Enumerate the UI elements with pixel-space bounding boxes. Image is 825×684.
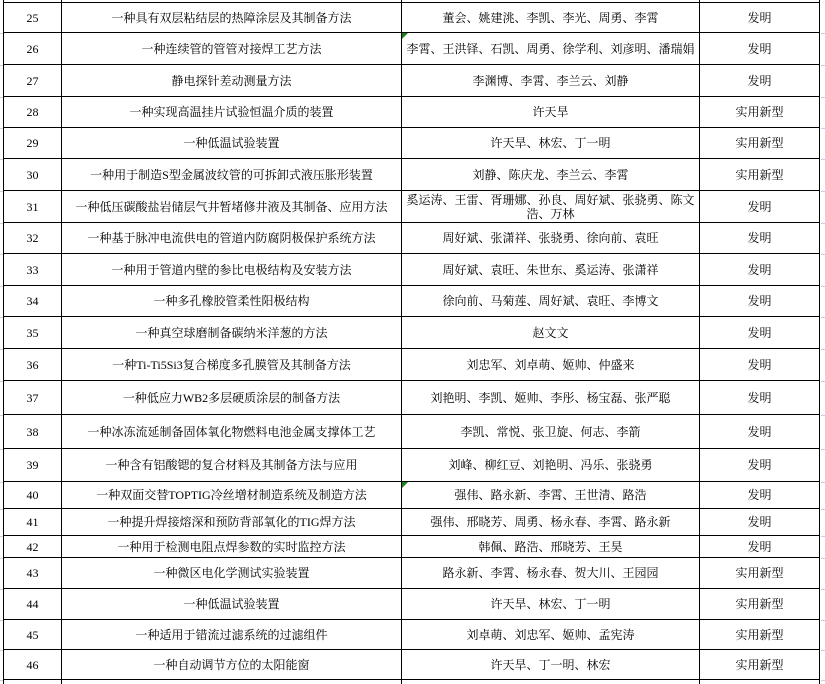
grid-line — [821, 97, 825, 98]
type-cell[interactable]: 发明 — [700, 536, 820, 557]
inventor-names: 强伟、邢晓芳、周勇、杨永春、李霄、路永新 — [429, 515, 671, 529]
table-row: 33 一种用于管道内壁的参比电极结构及安装方法 周好斌、袁旺、朱世东、奚运涛、张… — [3, 254, 820, 286]
title-cell[interactable]: 一种双面交替TOPTIG冷丝增材制造系统及制造方法 — [62, 482, 402, 508]
title-cell[interactable]: 一种低应力WB2多层硬质涂层的制备方法 — [62, 381, 402, 414]
row-number: 27 — [26, 74, 40, 88]
grid-line — [821, 223, 825, 224]
inventor-names: 徐向前、马菊莲、周好斌、袁旺、李博文 — [441, 294, 659, 308]
inventors-cell[interactable]: 许天旱 — [402, 97, 700, 127]
title-cell[interactable]: 静电探针差动测量方法 — [62, 65, 402, 96]
type-cell[interactable]: 发明 — [700, 415, 820, 448]
patent-type: 发明 — [746, 74, 772, 88]
inventors-cell[interactable]: 赵文文 — [402, 317, 700, 348]
type-cell[interactable]: 发明 — [700, 509, 820, 535]
grid-line — [821, 191, 825, 192]
row-number: 41 — [26, 515, 40, 529]
patent-type: 实用新型 — [734, 136, 784, 150]
grid-line — [821, 589, 825, 590]
patent-type: 实用新型 — [734, 168, 784, 182]
inventors-cell[interactable]: 强伟、邢晓芳、周勇、杨永春、李霄、路永新 — [402, 509, 700, 535]
grid-line — [821, 558, 825, 559]
type-cell[interactable]: 发明 — [700, 482, 820, 508]
row-number-cell[interactable]: 41 — [3, 509, 62, 535]
patent-title: 一种适用于错流过滤系统的过滤组件 — [134, 628, 328, 642]
patent-type: 实用新型 — [734, 597, 784, 611]
title-cell[interactable]: 一种具有双层粘结层的热障涂层及其制备方法 — [62, 3, 402, 32]
inventor-names: 刘艳明、李凯、姬帅、李彤、杨宝磊、张严聪 — [429, 391, 671, 405]
row-number: 37 — [26, 391, 40, 405]
patent-title: 一种冰冻流延制备固体氧化物燃料电池金属支撑体工艺 — [86, 425, 376, 439]
title-cell[interactable]: 一种Ti-Ti5Si3复合梯度多孔膜管及其制备方法 — [62, 349, 402, 380]
grid-line — [821, 482, 825, 483]
spreadsheet-view: 25 一种具有双层粘结层的热障涂层及其制备方法 董会、姚建洮、李凯、李光、周勇、… — [0, 0, 825, 684]
patent-type: 发明 — [746, 11, 772, 25]
inventors-cell[interactable]: 刘峰、柳红豆、刘艳明、冯乐、张骁勇 — [402, 449, 700, 481]
table-row: 32 一种基于脉冲电流供电的管道内防腐阴极保护系统方法 周好斌、张潇祥、张骁勇、… — [3, 223, 820, 254]
grid-line — [821, 317, 825, 318]
type-cell[interactable]: 实用新型 — [700, 159, 820, 190]
table-row: 46 一种自动调节方位的太阳能窗 许天旱、丁一明、林宏 实用新型 — [3, 650, 820, 680]
patent-type: 发明 — [746, 294, 772, 308]
grid-line — [821, 415, 825, 416]
inventor-names: 董会、姚建洮、李凯、李光、周勇、李霄 — [441, 11, 659, 25]
row-number-cell[interactable]: 38 — [3, 415, 62, 448]
inventor-names: 韩佩、路浩、邢晓芳、王昊 — [477, 540, 623, 554]
inventor-names: 李霄、王洪铎、石凯、周勇、徐学利、刘彦明、潘瑞娟 — [405, 42, 695, 56]
inventors-cell[interactable]: 周好斌、袁旺、朱世东、奚运涛、张潇祥 — [402, 254, 700, 285]
type-cell[interactable]: 实用新型 — [700, 650, 820, 679]
row-number: 26 — [26, 42, 40, 56]
type-cell[interactable]: 实用新型 — [700, 128, 820, 158]
inventors-cell[interactable]: 徐向前、马菊莲、周好斌、袁旺、李博文 — [402, 286, 700, 316]
grid-line — [821, 286, 825, 287]
inventors-cell[interactable]: 李霄、王洪铎、石凯、周勇、徐学利、刘彦明、潘瑞娟 — [402, 33, 700, 64]
patent-title: 一种低应力WB2多层硬质涂层的制备方法 — [122, 391, 341, 405]
grid-line — [821, 620, 825, 621]
grid-line — [821, 349, 825, 350]
right-grid-gutter — [821, 0, 825, 684]
inventor-names: 刘静、陈庆龙、李兰云、李霄 — [471, 168, 629, 182]
table-row: 34 一种多孔橡胶管柔性阳极结构 徐向前、马菊莲、周好斌、袁旺、李博文 发明 — [3, 286, 820, 317]
type-cell[interactable]: 发明 — [700, 449, 820, 481]
patent-title: 一种用于管道内壁的参比电极结构及安装方法 — [110, 263, 352, 277]
inventor-names: 刘卓萌、刘忠军、姬帅、孟宪涛 — [465, 628, 635, 642]
patent-type: 发明 — [746, 263, 772, 277]
inventors-cell[interactable]: 刘卓萌、刘忠军、姬帅、孟宪涛 — [402, 620, 700, 649]
type-cell[interactable]: 实用新型 — [700, 589, 820, 619]
patent-type: 发明 — [746, 425, 772, 439]
row-number: 34 — [26, 294, 40, 308]
inventors-cell[interactable]: 李渊博、李霄、李兰云、刘静 — [402, 65, 700, 96]
grid-line — [821, 680, 825, 681]
row-number: 28 — [26, 105, 40, 119]
row-number-cell[interactable]: 25 — [3, 3, 62, 32]
inventors-cell[interactable]: 刘静、陈庆龙、李兰云、李霄 — [402, 159, 700, 190]
type-cell[interactable]: 发明 — [700, 223, 820, 253]
row-number: 33 — [26, 263, 40, 277]
title-cell[interactable]: 一种多孔橡胶管柔性阳极结构 — [62, 286, 402, 316]
table-row: 26 一种连续管的管管对接焊工艺方法 李霄、王洪铎、石凯、周勇、徐学利、刘彦明、… — [3, 33, 820, 65]
patent-title: 一种用于制造S型金属波纹管的可拆卸式液压胀形装置 — [89, 168, 374, 182]
inventors-cell[interactable]: 刘忠军、刘卓萌、姬帅、仲盛来 — [402, 349, 700, 380]
row-number-cell — [3, 680, 62, 684]
row-number-cell[interactable]: 45 — [3, 620, 62, 649]
patent-title: 一种真空球磨制备碳纳米洋葱的方法 — [134, 326, 328, 340]
type-cell[interactable]: 发明 — [700, 33, 820, 64]
row-number-cell[interactable]: 30 — [3, 159, 62, 190]
type-cell[interactable]: 发明 — [700, 349, 820, 380]
title-cell[interactable]: 一种用于管道内壁的参比电极结构及安装方法 — [62, 254, 402, 285]
row-number-cell[interactable]: 33 — [3, 254, 62, 285]
patent-type: 发明 — [746, 200, 772, 214]
title-cell[interactable]: 一种适用于错流过滤系统的过滤组件 — [62, 620, 402, 649]
inventor-names: 赵文文 — [531, 326, 569, 340]
inventor-names: 刘峰、柳红豆、刘艳明、冯乐、张骁勇 — [447, 458, 653, 472]
table-row: 27 静电探针差动测量方法 李渊博、李霄、李兰云、刘静 发明 — [3, 65, 820, 97]
table-row: 37 一种低应力WB2多层硬质涂层的制备方法 刘艳明、李凯、姬帅、李彤、杨宝磊、… — [3, 381, 820, 415]
row-number-cell[interactable]: 34 — [3, 286, 62, 316]
patent-title: 一种低压碳酸盐岩储层气井暂堵修井液及其制备、应用方法 — [74, 200, 388, 214]
grid-line — [821, 381, 825, 382]
inventor-names: 许天旱、丁一明、林宏 — [489, 658, 611, 672]
table-row: 31 一种低压碳酸盐岩储层气井暂堵修井液及其制备、应用方法 奚运涛、王雷、胥珊娜… — [3, 191, 820, 223]
patent-title: 一种基于脉冲电流供电的管道内防腐阴极保护系统方法 — [86, 231, 376, 245]
patent-type: 发明 — [746, 326, 772, 340]
table-row: 42 一种用于检测电阻点焊参数的实时监控方法 韩佩、路浩、邢晓芳、王昊 发明 — [3, 536, 820, 558]
patent-type: 实用新型 — [734, 658, 784, 672]
inventors-cell[interactable]: 许天旱、林宏、丁一明 — [402, 589, 700, 619]
title-cell[interactable]: 一种提升焊接熔深和预防背部氧化的TIG焊方法 — [62, 509, 402, 535]
table-row: 39 一种含有铝酸锶的复合材料及其制备方法与应用 刘峰、柳红豆、刘艳明、冯乐、张… — [3, 449, 820, 482]
row-number: 31 — [26, 200, 40, 214]
row-number: 39 — [26, 458, 40, 472]
row-number: 45 — [26, 628, 40, 642]
row-number-cell[interactable]: 32 — [3, 223, 62, 253]
row-number: 38 — [26, 425, 40, 439]
comment-indicator-icon — [402, 482, 408, 488]
title-cell[interactable]: 一种低压碳酸盐岩储层气井暂堵修井液及其制备、应用方法 — [62, 191, 402, 222]
title-cell[interactable]: 一种用于检测电阻点焊参数的实时监控方法 — [62, 536, 402, 557]
patent-title: 一种低温试验装置 — [182, 597, 280, 611]
patent-type: 发明 — [746, 231, 772, 245]
row-number-cell[interactable]: 43 — [3, 558, 62, 588]
inventor-names: 路永新、李霄、杨永春、贺大川、王园园 — [441, 566, 659, 580]
table-row: 28 一种实现高温挂片试验恒温介质的装置 许天旱 实用新型 — [3, 97, 820, 128]
title-cell[interactable]: 一种真空球磨制备碳纳米洋葱的方法 — [62, 317, 402, 348]
title-cell[interactable]: 一种微区电化学测试实验装置 — [62, 558, 402, 588]
grid-line — [821, 650, 825, 651]
type-cell[interactable]: 实用新型 — [700, 558, 820, 588]
row-number-cell[interactable]: 31 — [3, 191, 62, 222]
inventor-names: 周好斌、袁旺、朱世东、奚运涛、张潇祥 — [441, 263, 659, 277]
table-row: 30 一种用于制造S型金属波纹管的可拆卸式液压胀形装置 刘静、陈庆龙、李兰云、李… — [3, 159, 820, 191]
comment-indicator-icon — [402, 33, 408, 39]
patent-title: 静电探针差动测量方法 — [170, 74, 292, 88]
grid-line — [821, 33, 825, 34]
patent-title: 一种多孔橡胶管柔性阳极结构 — [152, 294, 310, 308]
table-row: 41 一种提升焊接熔深和预防背部氧化的TIG焊方法 强伟、邢晓芳、周勇、杨永春、… — [3, 509, 820, 536]
type-cell[interactable]: 实用新型 — [700, 97, 820, 127]
patent-title: 一种连续管的管管对接焊工艺方法 — [140, 42, 322, 56]
table-row-partial-bottom — [3, 680, 820, 684]
inventor-names: 许天旱、林宏、丁一明 — [489, 597, 611, 611]
inventors-cell[interactable]: 强伟、路永新、李霄、王世清、路浩 — [402, 482, 700, 508]
inventors-cell[interactable]: 周好斌、张潇祥、张骁勇、徐向前、袁旺 — [402, 223, 700, 253]
row-number-cell[interactable]: 44 — [3, 589, 62, 619]
patent-type: 发明 — [746, 540, 772, 554]
title-cell[interactable]: 一种实现高温挂片试验恒温介质的装置 — [62, 97, 402, 127]
patent-type: 发明 — [746, 488, 772, 502]
title-cell[interactable]: 一种自动调节方位的太阳能窗 — [62, 650, 402, 679]
patent-type: 发明 — [746, 515, 772, 529]
inventors-cell[interactable]: 李凯、常悦、张卫旋、何志、李箭 — [402, 415, 700, 448]
grid-line — [821, 536, 825, 537]
title-cell — [62, 0, 402, 2]
inventors-cell[interactable]: 许天旱、林宏、丁一明 — [402, 128, 700, 158]
row-number-cell[interactable]: 26 — [3, 33, 62, 64]
inventor-names: 刘忠军、刘卓萌、姬帅、仲盛来 — [465, 358, 635, 372]
table-row: 29 一种低温试验装置 许天旱、林宏、丁一明 实用新型 — [3, 128, 820, 159]
inventor-names: 周好斌、张潇祥、张骁勇、徐向前、袁旺 — [441, 231, 659, 245]
row-number: 35 — [26, 326, 40, 340]
row-number: 43 — [26, 566, 40, 580]
title-cell[interactable]: 一种低温试验装置 — [62, 128, 402, 158]
inventors-cell[interactable]: 董会、姚建洮、李凯、李光、周勇、李霄 — [402, 3, 700, 32]
row-number-cell[interactable]: 35 — [3, 317, 62, 348]
inventors-cell — [402, 680, 700, 684]
patent-title: 一种实现高温挂片试验恒温介质的装置 — [128, 105, 334, 119]
row-number-cell[interactable]: 37 — [3, 381, 62, 414]
patent-title: 一种具有双层粘结层的热障涂层及其制备方法 — [110, 11, 352, 25]
table-row: 25 一种具有双层粘结层的热障涂层及其制备方法 董会、姚建洮、李凯、李光、周勇、… — [3, 2, 820, 33]
row-number-cell[interactable]: 40 — [3, 482, 62, 508]
grid-line — [821, 159, 825, 160]
table-row: 44 一种低温试验装置 许天旱、林宏、丁一明 实用新型 — [3, 589, 820, 620]
patent-title: 一种微区电化学测试实验装置 — [152, 566, 310, 580]
patent-type: 发明 — [746, 42, 772, 56]
patent-title: 一种低温试验装置 — [182, 136, 280, 150]
inventors-cell[interactable]: 路永新、李霄、杨永春、贺大川、王园园 — [402, 558, 700, 588]
inventors-cell[interactable]: 许天旱、丁一明、林宏 — [402, 650, 700, 679]
title-cell[interactable]: 一种基于脉冲电流供电的管道内防腐阴极保护系统方法 — [62, 223, 402, 253]
grid-line — [821, 65, 825, 66]
type-cell[interactable]: 发明 — [700, 381, 820, 414]
row-number: 25 — [26, 11, 40, 25]
type-cell[interactable]: 发明 — [700, 254, 820, 285]
type-cell[interactable]: 实用新型 — [700, 620, 820, 649]
inventor-names: 强伟、路永新、李霄、王世清、路浩 — [453, 488, 647, 502]
type-cell[interactable]: 发明 — [700, 3, 820, 32]
row-number: 29 — [26, 136, 40, 150]
patent-title: 一种Ti-Ti5Si3复合梯度多孔膜管及其制备方法 — [111, 358, 352, 372]
inventors-cell — [402, 0, 700, 2]
row-number-cell — [3, 0, 62, 2]
row-number: 40 — [26, 488, 40, 502]
table-row: 38 一种冰冻流延制备固体氧化物燃料电池金属支撑体工艺 李凯、常悦、张卫旋、何志… — [3, 415, 820, 449]
type-cell[interactable]: 发明 — [700, 191, 820, 222]
row-number: 36 — [26, 358, 40, 372]
row-number: 32 — [26, 231, 40, 245]
table-row: 45 一种适用于错流过滤系统的过滤组件 刘卓萌、刘忠军、姬帅、孟宪涛 实用新型 — [3, 620, 820, 650]
title-cell[interactable]: 一种低温试验装置 — [62, 589, 402, 619]
row-number-cell[interactable]: 39 — [3, 449, 62, 481]
patent-type: 发明 — [746, 358, 772, 372]
type-cell — [700, 680, 820, 684]
table-row-partial-top — [3, 0, 820, 2]
patent-type: 实用新型 — [734, 628, 784, 642]
patent-table: 25 一种具有双层粘结层的热障涂层及其制备方法 董会、姚建洮、李凯、李光、周勇、… — [3, 0, 820, 684]
type-cell[interactable]: 发明 — [700, 317, 820, 348]
patent-title: 一种提升焊接熔深和预防背部氧化的TIG焊方法 — [107, 515, 357, 529]
patent-type: 发明 — [746, 458, 772, 472]
row-number: 44 — [26, 597, 40, 611]
inventors-cell[interactable]: 刘艳明、李凯、姬帅、李彤、杨宝磊、张严聪 — [402, 381, 700, 414]
patent-type: 实用新型 — [734, 105, 784, 119]
title-cell[interactable]: 一种含有铝酸锶的复合材料及其制备方法与应用 — [62, 449, 402, 481]
type-cell — [700, 0, 820, 2]
row-number-cell[interactable]: 46 — [3, 650, 62, 679]
inventor-names: 许天旱 — [531, 105, 569, 119]
title-cell[interactable]: 一种冰冻流延制备固体氧化物燃料电池金属支撑体工艺 — [62, 415, 402, 448]
grid-line — [821, 254, 825, 255]
patent-title: 一种用于检测电阻点焊参数的实时监控方法 — [116, 540, 346, 554]
patent-type: 发明 — [746, 391, 772, 405]
title-cell[interactable]: 一种连续管的管管对接焊工艺方法 — [62, 33, 402, 64]
inventor-names: 李渊博、李霄、李兰云、刘静 — [471, 74, 629, 88]
patent-title: 一种自动调节方位的太阳能窗 — [152, 658, 310, 672]
row-number: 42 — [26, 540, 40, 554]
inventor-names: 许天旱、林宏、丁一明 — [489, 136, 611, 150]
type-cell[interactable]: 发明 — [700, 65, 820, 96]
patent-title: 一种含有铝酸锶的复合材料及其制备方法与应用 — [104, 458, 358, 472]
patent-title: 一种双面交替TOPTIG冷丝增材制造系统及制造方法 — [95, 488, 367, 502]
table-row: 43 一种微区电化学测试实验装置 路永新、李霄、杨永春、贺大川、王园园 实用新型 — [3, 558, 820, 589]
row-number-cell[interactable]: 42 — [3, 536, 62, 557]
patent-type: 实用新型 — [734, 566, 784, 580]
row-number: 46 — [26, 658, 40, 672]
title-cell — [62, 680, 402, 684]
inventor-names: 李凯、常悦、张卫旋、何志、李箭 — [459, 425, 641, 439]
row-number-cell[interactable]: 27 — [3, 65, 62, 96]
row-number: 30 — [26, 168, 40, 182]
table-row: 40 一种双面交替TOPTIG冷丝增材制造系统及制造方法 强伟、路永新、李霄、王… — [3, 482, 820, 509]
inventor-names: 奚运涛、王雷、胥珊娜、孙良、周好斌、张骁勇、陈文浩、万林 — [402, 193, 699, 221]
table-row: 36 一种Ti-Ti5Si3复合梯度多孔膜管及其制备方法 刘忠军、刘卓萌、姬帅、… — [3, 349, 820, 381]
inventors-cell[interactable]: 奚运涛、王雷、胥珊娜、孙良、周好斌、张骁勇、陈文浩、万林 — [402, 191, 700, 222]
row-number-cell[interactable]: 36 — [3, 349, 62, 380]
table-row: 35 一种真空球磨制备碳纳米洋葱的方法 赵文文 发明 — [3, 317, 820, 349]
type-cell[interactable]: 发明 — [700, 286, 820, 316]
inventors-cell[interactable]: 韩佩、路浩、邢晓芳、王昊 — [402, 536, 700, 557]
row-number-cell[interactable]: 29 — [3, 128, 62, 158]
grid-line — [821, 128, 825, 129]
title-cell[interactable]: 一种用于制造S型金属波纹管的可拆卸式液压胀形装置 — [62, 159, 402, 190]
grid-line — [821, 449, 825, 450]
row-number-cell[interactable]: 28 — [3, 97, 62, 127]
grid-line — [821, 509, 825, 510]
